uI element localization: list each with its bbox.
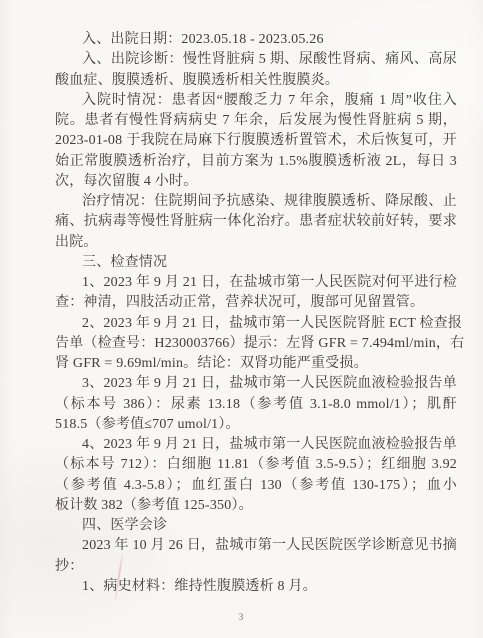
- document-line: 酸血症、腹膜透析、腹膜透析相关性腹膜炎。: [55, 71, 457, 91]
- document-line: 四、医学会诊: [55, 516, 457, 536]
- document-line: 出院。: [55, 233, 457, 253]
- document-line: 518.5（参考值≤707 umol/1）。: [55, 415, 457, 435]
- document-line: 抄：: [55, 557, 457, 577]
- document-line: 治疗情况：住院期间予抗感染、规律腹膜透析、降尿酸、止: [55, 192, 457, 212]
- document-line: 3、2023 年 9 月 21 日，盐城市第一人民医院血液检验报告单: [55, 374, 457, 394]
- document-line: 1、2023 年 9 月 21 日，在盐城市第一人民医院对何平进行检: [55, 273, 457, 293]
- document-line: 入、出院日期：2023.05.18 - 2023.05.26: [55, 30, 457, 50]
- document-line: 告单（检查号：H230003766）提示：左肾 GFR = 7.494ml/mi…: [55, 334, 457, 354]
- document-line: 查：神清，四肢活动正常，营养状况可，腹部可见留置管。: [55, 293, 457, 313]
- document-line: 入院时情况：患者因“腰酸乏力 7 年余，腹痛 1 周”收住入: [55, 91, 457, 111]
- document-line: 4、2023 年 9 月 21 日，盐城市第一人民医院血液检验报告单: [55, 435, 457, 455]
- page-number: 3: [0, 612, 483, 622]
- document-line: （标本号 712）：白细胞 11.81（参考值 3.5-9.5）；红细胞 3.9…: [55, 455, 457, 475]
- document-body: 入、出院日期：2023.05.18 - 2023.05.26入、出院诊断：慢性肾…: [55, 30, 457, 597]
- document-line: 2023 年 10 月 26 日，盐城市第一人民医院医学诊断意见书摘: [55, 536, 457, 556]
- document-line: 院。患者有慢性肾病病史 7 年余，后发展为慢性肾脏病 5 期，: [55, 111, 457, 131]
- scanned-document-page: 入、出院日期：2023.05.18 - 2023.05.26入、出院诊断：慢性肾…: [0, 0, 483, 638]
- document-line: 次，每次留腹 4 小时。: [55, 172, 457, 192]
- document-line: 入、出院诊断：慢性肾脏病 5 期、尿酸性肾病、痛风、高尿: [55, 50, 457, 70]
- document-line: 始正常腹膜透析治疗，目前方案为 1.5%腹膜透析液 2L，每日 3: [55, 152, 457, 172]
- document-line: 三、检查情况: [55, 253, 457, 273]
- document-line: （标本号 386）：尿素 13.18（参考值 3.1-8.0 mmol/1）；肌…: [55, 395, 457, 415]
- document-line: （参考值 4.3-5.8）；血红蛋白 130（参考值 130-175）；血小: [55, 476, 457, 496]
- document-line: 肾 GFR = 9.69ml/min。结论：双肾功能严重受损。: [55, 354, 457, 374]
- document-line: 板计数 382（参考值 125-350）。: [55, 496, 457, 516]
- document-line: 痛、抗病毒等慢性肾脏病一体化治疗。患者症状较前好转，要求: [55, 212, 457, 232]
- document-line: 2023-01-08 于我院在局麻下行腹膜透析置管术，术后恢复可，开: [55, 131, 457, 151]
- document-line: 2、2023 年 9 月 21 日，盐城市第一人民医院肾脏 ECT 检查报: [55, 314, 457, 334]
- document-line: 1、病史材料：维持性腹膜透析 8 月。: [55, 577, 457, 597]
